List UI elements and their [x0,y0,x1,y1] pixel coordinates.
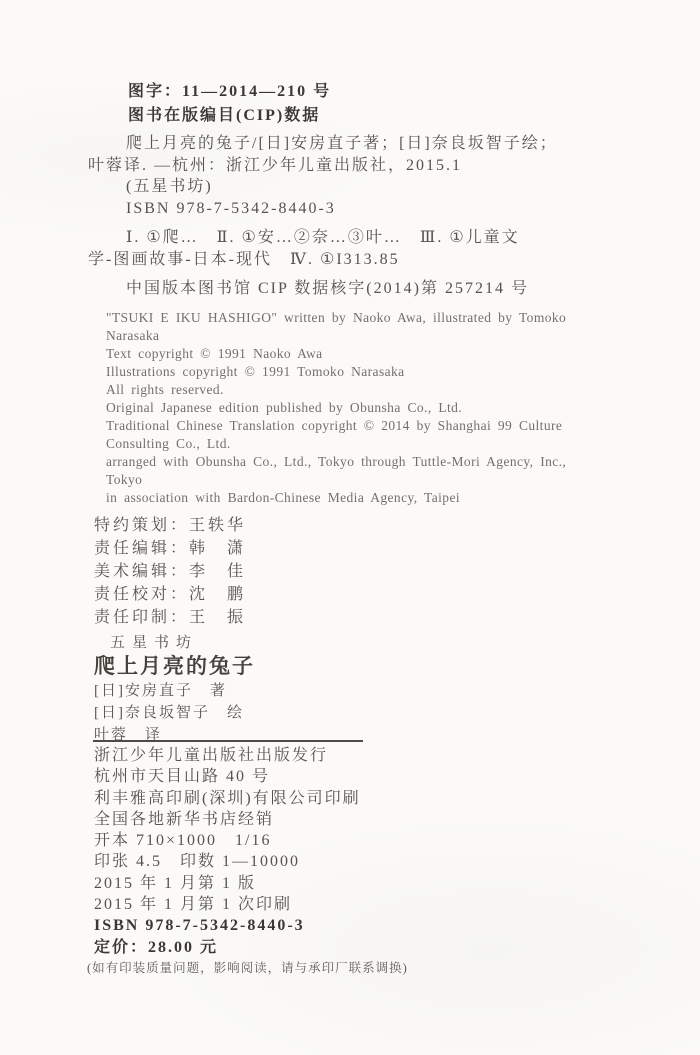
copyright-page: 图字：11—2014—210 号 图书在版编目(CIP)数据 爬上月亮的兔子/[… [0,0,700,1055]
cip-entry-line: 叶蓉译. —杭州：浙江少年儿童出版社，2015.1 [88,155,558,177]
cip-record: 中国版本图书馆 CIP 数据核字(2014)第 257214 号 [126,278,529,300]
credits-block: [日]安房直子 著 [日]奈良坂智子 绘 叶蓉 译 [94,680,244,746]
staff-line: 责任编辑：韩 潇 [94,537,246,560]
book-title: 爬上月亮的兔子 [94,650,255,680]
quality-note: (如有印装质量问题，影响阅读，请与承印厂联系调换) [87,958,408,976]
publisher-line: 2015 年 1 月第 1 版 [94,873,361,894]
cip-entry-line: ISBN 978-7-5342-8440-3 [88,198,558,220]
series-name: 五星书坊 [110,631,198,652]
cip-classification-line: Ⅰ. ①爬… Ⅱ. ①安…②奈…③叶… Ⅲ. ①儿童文 [88,227,520,249]
divider-rule [93,740,363,742]
cip-classification-line: 学-图画故事-日本-现代 Ⅳ. ①I313.85 [88,249,520,271]
staff-line: 责任校对：沈 鹏 [94,583,246,606]
copyright-line: Original Japanese edition published by O… [106,399,566,417]
publisher-line: 杭州市天目山路 40 号 [94,766,361,787]
publisher-line: 开本 710×1000 1/16 [94,830,361,851]
copyright-line: Tokyo [106,471,566,489]
price-line: 定价：28.00 元 [94,937,361,958]
staff-line: 特约策划：王轶华 [94,514,246,537]
credit-line: 叶蓉 译 [94,724,244,746]
copyright-notice: "TSUKI E IKU HASHIGO" written by Naoko A… [106,309,566,507]
publisher-line: 利丰雅高印刷(深圳)有限公司印刷 [94,788,361,809]
copyright-line: Narasaka [106,327,566,345]
copyright-line: Illustrations copyright © 1991 Tomoko Na… [106,363,566,381]
staff-line: 责任印制：王 振 [94,606,246,629]
staff-block: 特约策划：王轶华 责任编辑：韩 潇 美术编辑：李 佳 责任校对：沈 鹏 责任印制… [94,514,246,629]
copyright-line: Consulting Co., Ltd. [106,435,566,453]
registration-number: 图字：11—2014—210 号 [128,81,331,103]
copyright-line: All rights reserved. [106,381,566,399]
staff-line: 美术编辑：李 佳 [94,560,246,583]
cip-entry-line: 爬上月亮的兔子/[日]安房直子著；[日]奈良坂智子绘； [88,133,558,155]
cip-entry-line: (五星书坊) [88,176,558,198]
publisher-line: 全国各地新华书店经销 [94,809,361,830]
copyright-line: Text copyright © 1991 Naoko Awa [106,345,566,363]
copyright-line: Traditional Chinese Translation copyrigh… [106,417,566,435]
copyright-line: arranged with Obunsha Co., Ltd., Tokyo t… [106,453,566,471]
credit-line: [日]奈良坂智子 绘 [94,702,244,724]
cip-classification: Ⅰ. ①爬… Ⅱ. ①安…②奈…③叶… Ⅲ. ①儿童文 学-图画故事-日本-现代… [88,227,520,270]
cip-header: 图书在版编目(CIP)数据 [128,105,320,127]
isbn-line: ISBN 978-7-5342-8440-3 [94,915,361,936]
publisher-line: 浙江少年儿童出版社出版发行 [94,745,361,766]
copyright-line: in association with Bardon-Chinese Media… [106,489,566,507]
publisher-line: 印张 4.5 印数 1—10000 [94,851,361,872]
cip-entry: 爬上月亮的兔子/[日]安房直子著；[日]奈良坂智子绘； 叶蓉译. —杭州：浙江少… [88,133,558,219]
publisher-block: 浙江少年儿童出版社出版发行 杭州市天目山路 40 号 利丰雅高印刷(深圳)有限公… [94,745,361,958]
publisher-line: 2015 年 1 月第 1 次印刷 [94,894,361,915]
copyright-line: "TSUKI E IKU HASHIGO" written by Naoko A… [106,309,566,327]
credit-line: [日]安房直子 著 [94,680,244,702]
